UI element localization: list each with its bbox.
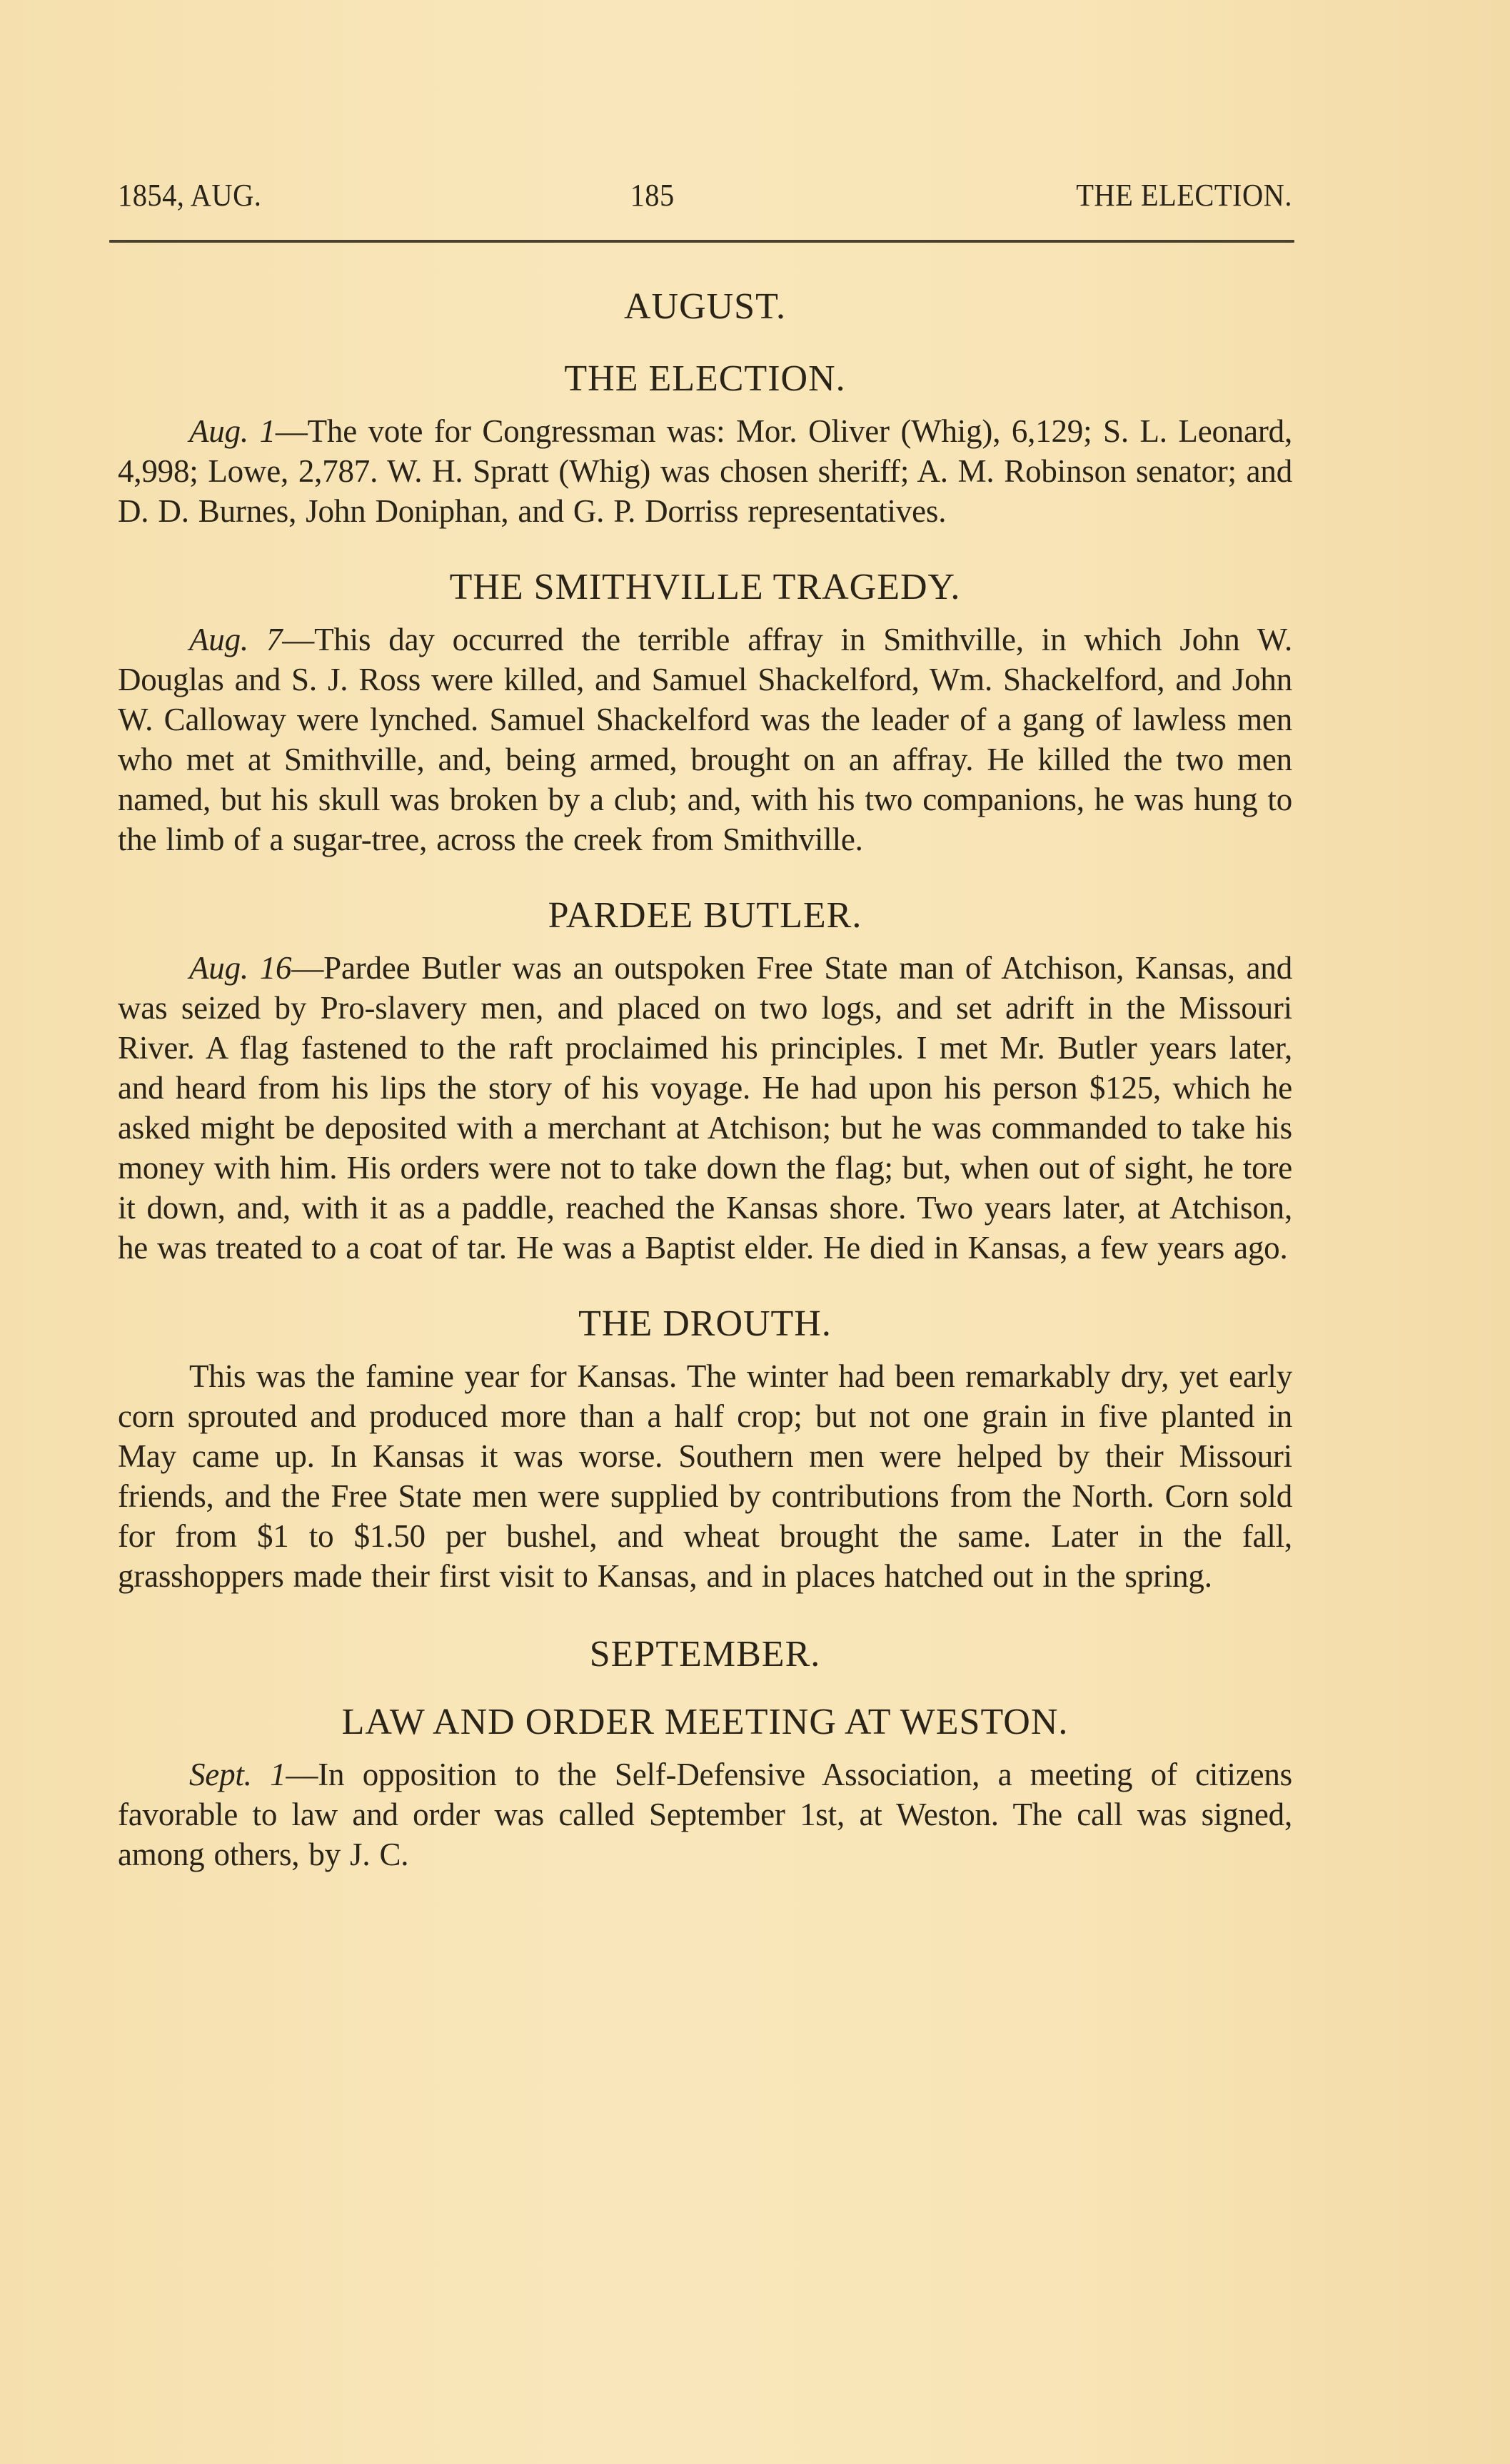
section-title-election: THE ELECTION. bbox=[118, 347, 1292, 411]
section-title-drouth: THE DROUTH. bbox=[118, 1292, 1292, 1356]
section-title-smithville: THE SMITHVILLE TRAGEDY. bbox=[118, 555, 1292, 620]
entry-date: Aug. 7 bbox=[189, 622, 282, 657]
page-content: AUGUST. THE ELECTION. Aug. 1—The vote fo… bbox=[118, 264, 1292, 1874]
entry-date: Aug. 1 bbox=[189, 413, 276, 449]
paragraph-pardee-butler: Aug. 16—Pardee Butler was an outspoken F… bbox=[118, 948, 1292, 1268]
entry-date: Sept. 1 bbox=[189, 1757, 286, 1792]
paragraph-election: Aug. 1—The vote for Congressman was: Mor… bbox=[118, 411, 1292, 531]
running-head-date: 1854, AUG. bbox=[118, 177, 261, 213]
month-heading-september: SEPTEMBER. bbox=[118, 1619, 1292, 1690]
entry-text: —In opposition to the Self-Defensive Ass… bbox=[118, 1757, 1292, 1872]
entry-date: Aug. 16 bbox=[189, 950, 291, 986]
running-head: 1854, AUG. 185 THE ELECTION. bbox=[118, 177, 1292, 220]
page-number: 185 bbox=[630, 177, 675, 213]
entry-text: —Pardee Butler was an outspoken Free Sta… bbox=[118, 950, 1292, 1266]
paragraph-drouth: This was the famine year for Kansas. The… bbox=[118, 1356, 1292, 1596]
entry-text: This was the famine year for Kansas. The… bbox=[118, 1358, 1292, 1594]
paragraph-law-and-order: Sept. 1—In opposition to the Self-Defens… bbox=[118, 1754, 1292, 1874]
section-title-law-and-order: LAW AND ORDER MEETING AT WESTON. bbox=[118, 1690, 1292, 1754]
entry-text: —The vote for Congressman was: Mor. Oliv… bbox=[118, 413, 1292, 529]
paragraph-smithville: Aug. 7—This day occurred the terrible af… bbox=[118, 620, 1292, 859]
section-title-pardee-butler: PARDEE BUTLER. bbox=[118, 884, 1292, 948]
entry-text: —This day occurred the terrible affray i… bbox=[118, 622, 1292, 857]
running-head-title: THE ELECTION. bbox=[1076, 177, 1292, 213]
month-heading-august: AUGUST. bbox=[118, 271, 1292, 343]
header-rule bbox=[109, 240, 1294, 243]
